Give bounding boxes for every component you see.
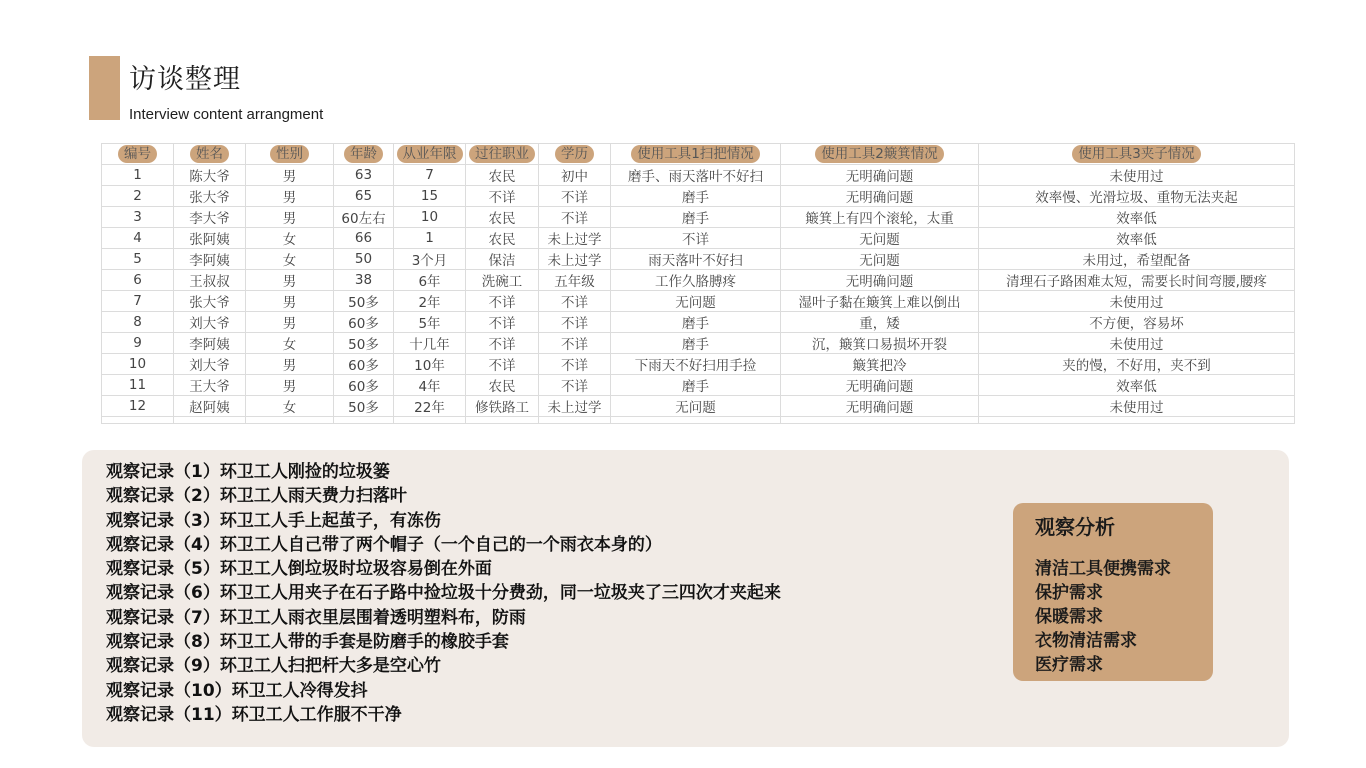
table-cell: 15: [394, 186, 466, 207]
table-cell: 王大爷: [174, 375, 246, 396]
table-cell: 李大爷: [174, 207, 246, 228]
table-cell: 不详: [466, 354, 539, 375]
table-cell: 未使用过: [979, 333, 1295, 354]
table-cell: 4: [102, 228, 174, 249]
table-cell: 磨手: [611, 312, 781, 333]
table-cell: 男: [246, 312, 334, 333]
table-cell: 未上过学: [539, 228, 611, 249]
table-cell: 女: [246, 228, 334, 249]
table-row: 2张大爷男6515不详不详磨手无明确问题效率慢、光滑垃圾、重物无法夹起: [102, 186, 1295, 207]
observation-item: 观察记录（7）环卫工人雨衣里层围着透明塑料布，防雨: [106, 606, 781, 630]
table-cell: 效率慢、光滑垃圾、重物无法夹起: [979, 186, 1295, 207]
table-cell: 效率低: [979, 375, 1295, 396]
table-cell: 65: [334, 186, 394, 207]
table-cell: 7: [102, 291, 174, 312]
table-cell-empty: [394, 417, 466, 424]
table-cell-empty: [979, 417, 1295, 424]
interview-table: 编号姓名性别年龄从业年限过往职业学历使用工具1扫把情况使用工具2簸箕情况使用工具…: [101, 143, 1295, 424]
table-cell: 女: [246, 249, 334, 270]
observation-item: 观察记录（10）环卫工人冷得发抖: [106, 679, 781, 703]
table-header-row: 编号姓名性别年龄从业年限过往职业学历使用工具1扫把情况使用工具2簸箕情况使用工具…: [102, 144, 1295, 165]
table-cell: 雨天落叶不好扫: [611, 249, 781, 270]
table-cell: 效率低: [979, 207, 1295, 228]
table-cell: 簸箕把冷: [781, 354, 979, 375]
table-cell: 60多: [334, 312, 394, 333]
table-cell: 无明确问题: [781, 186, 979, 207]
table-cell: 6年: [394, 270, 466, 291]
table-cell: 9: [102, 333, 174, 354]
table-cell: 1: [394, 228, 466, 249]
table-cell: 8: [102, 312, 174, 333]
table-cell: 10: [102, 354, 174, 375]
table-cell: 陈大爷: [174, 165, 246, 186]
observation-item: 观察记录（3）环卫工人手上起茧子，有冻伤: [106, 509, 781, 533]
table-cell: 60左右: [334, 207, 394, 228]
table-cell: 无问题: [611, 396, 781, 417]
table-cell: 5: [102, 249, 174, 270]
column-header: 使用工具2簸箕情况: [781, 144, 979, 165]
table-cell: 无问题: [781, 228, 979, 249]
table-cell: 60多: [334, 354, 394, 375]
table-cell: 张阿姨: [174, 228, 246, 249]
column-header: 编号: [102, 144, 174, 165]
table-body: 1陈大爷男637农民初中磨手、雨天落叶不好扫无明确问题未使用过2张大爷男6515…: [102, 165, 1295, 424]
table-cell: 未使用过: [979, 396, 1295, 417]
table-row: 7张大爷男50多2年不详不详无问题湿叶子黏在簸箕上难以倒出未使用过: [102, 291, 1295, 312]
table-cell: 女: [246, 333, 334, 354]
column-header-label: 年龄: [344, 145, 383, 163]
column-header-label: 性别: [270, 145, 309, 163]
table-cell: 男: [246, 165, 334, 186]
table-cell-empty: [539, 417, 611, 424]
table-cell: 63: [334, 165, 394, 186]
analysis-card: 观察分析 清洁工具便携需求保护需求保暖需求衣物清洁需求医疗需求: [1013, 503, 1213, 681]
table-cell: 不详: [539, 375, 611, 396]
table-row: 12赵阿姨女50多22年修铁路工未上过学无问题无明确问题未使用过: [102, 396, 1295, 417]
table-cell: 10年: [394, 354, 466, 375]
table-cell: 修铁路工: [466, 396, 539, 417]
table-cell: 张大爷: [174, 186, 246, 207]
table-cell: 不详: [466, 333, 539, 354]
table-cell: 不详: [539, 291, 611, 312]
table-cell: 男: [246, 186, 334, 207]
column-header: 从业年限: [394, 144, 466, 165]
table-cell: 磨手: [611, 375, 781, 396]
table-cell: 男: [246, 291, 334, 312]
table-cell: 男: [246, 270, 334, 291]
table-cell-empty: [781, 417, 979, 424]
table-cell: 66: [334, 228, 394, 249]
analysis-list: 清洁工具便携需求保护需求保暖需求衣物清洁需求医疗需求: [1035, 557, 1171, 677]
table-cell: 张大爷: [174, 291, 246, 312]
table-cell: 重，矮: [781, 312, 979, 333]
analysis-item: 衣物清洁需求: [1035, 629, 1171, 653]
table-cell: 李阿姨: [174, 249, 246, 270]
observation-item: 观察记录（9）环卫工人扫把杆大多是空心竹: [106, 654, 781, 678]
table-cell: 赵阿姨: [174, 396, 246, 417]
table-cell: 磨手: [611, 207, 781, 228]
column-header: 使用工具3夹子情况: [979, 144, 1295, 165]
analysis-title: 观察分析: [1035, 511, 1115, 540]
table-cell: 1: [102, 165, 174, 186]
table-cell: 不方便，容易坏: [979, 312, 1295, 333]
column-header: 学历: [539, 144, 611, 165]
observation-item: 观察记录（6）环卫工人用夹子在石子路中捡垃圾十分费劲，同一垃圾夹了三四次才夹起来: [106, 581, 781, 605]
table-cell: 簸箕上有四个滚轮，太重: [781, 207, 979, 228]
observation-item: 观察记录（5）环卫工人倒垃圾时垃圾容易倒在外面: [106, 557, 781, 581]
table-cell: 李阿姨: [174, 333, 246, 354]
observation-item: 观察记录（11）环卫工人工作服不干净: [106, 703, 781, 727]
table-cell: 无问题: [781, 249, 979, 270]
table-cell: 沉，簸箕口易损坏开裂: [781, 333, 979, 354]
analysis-item: 医疗需求: [1035, 653, 1171, 677]
table-cell: 50多: [334, 291, 394, 312]
table-cell: 50多: [334, 396, 394, 417]
table-cell: 王叔叔: [174, 270, 246, 291]
table-cell: 农民: [466, 228, 539, 249]
table-row: 5李阿姨女503个月保洁未上过学雨天落叶不好扫无问题未用过，希望配备: [102, 249, 1295, 270]
table-cell: 2年: [394, 291, 466, 312]
table-cell: 夹的慢，不好用，夹不到: [979, 354, 1295, 375]
column-header: 过往职业: [466, 144, 539, 165]
table-row: 1陈大爷男637农民初中磨手、雨天落叶不好扫无明确问题未使用过: [102, 165, 1295, 186]
analysis-item: 保暖需求: [1035, 605, 1171, 629]
table-cell: 3: [102, 207, 174, 228]
table-cell: 下雨天不好扫用手捡: [611, 354, 781, 375]
observation-list: 观察记录（1）环卫工人刚捡的垃圾篓观察记录（2）环卫工人雨天费力扫落叶观察记录（…: [106, 460, 781, 727]
table-spacer-row: [102, 417, 1295, 424]
table-row: 6王叔叔男386年洗碗工五年级工作久胳膊疼无明确问题清理石子路困难太短，需要长时…: [102, 270, 1295, 291]
table-cell: 10: [394, 207, 466, 228]
column-header: 年龄: [334, 144, 394, 165]
column-header-label: 使用工具2簸箕情况: [815, 145, 944, 163]
table-row: 8刘大爷男60多5年不详不详磨手重，矮不方便，容易坏: [102, 312, 1295, 333]
table-cell: 十几年: [394, 333, 466, 354]
table-cell: 工作久胳膊疼: [611, 270, 781, 291]
table-cell: 不详: [466, 291, 539, 312]
table-cell: 不详: [539, 312, 611, 333]
table-cell: 不详: [466, 186, 539, 207]
table-cell: 初中: [539, 165, 611, 186]
table-cell: 未用过，希望配备: [979, 249, 1295, 270]
table-cell: 38: [334, 270, 394, 291]
table-row: 3李大爷男60左右10农民不详磨手簸箕上有四个滚轮，太重效率低: [102, 207, 1295, 228]
table-cell: 无明确问题: [781, 375, 979, 396]
table-cell: 未使用过: [979, 291, 1295, 312]
analysis-item: 保护需求: [1035, 581, 1171, 605]
observation-item: 观察记录（2）环卫工人雨天费力扫落叶: [106, 484, 781, 508]
column-header-label: 学历: [555, 145, 594, 163]
table-cell: 未使用过: [979, 165, 1295, 186]
table-cell: 刘大爷: [174, 312, 246, 333]
table-cell: 磨手: [611, 333, 781, 354]
table-cell: 5年: [394, 312, 466, 333]
table-cell: 男: [246, 207, 334, 228]
table-cell: 五年级: [539, 270, 611, 291]
table-row: 10刘大爷男60多10年不详不详下雨天不好扫用手捡簸箕把冷夹的慢，不好用，夹不到: [102, 354, 1295, 375]
table-cell: 50: [334, 249, 394, 270]
column-header-label: 使用工具1扫把情况: [631, 145, 760, 163]
table-cell: 6: [102, 270, 174, 291]
table-cell: 不详: [611, 228, 781, 249]
table-cell: 不详: [539, 207, 611, 228]
table-cell: 效率低: [979, 228, 1295, 249]
observation-item: 观察记录（1）环卫工人刚捡的垃圾篓: [106, 460, 781, 484]
table-cell: 保洁: [466, 249, 539, 270]
table-cell-empty: [611, 417, 781, 424]
table-cell: 男: [246, 375, 334, 396]
table-cell: 农民: [466, 375, 539, 396]
table-cell-empty: [174, 417, 246, 424]
observation-item: 观察记录（4）环卫工人自己带了两个帽子（一个自己的一个雨衣本身的）: [106, 533, 781, 557]
table-cell: 11: [102, 375, 174, 396]
column-header-label: 使用工具3夹子情况: [1072, 145, 1201, 163]
table-cell: 60多: [334, 375, 394, 396]
table-cell: 湿叶子黏在簸箕上难以倒出: [781, 291, 979, 312]
table-cell: 农民: [466, 165, 539, 186]
table-cell: 农民: [466, 207, 539, 228]
table-cell: 3个月: [394, 249, 466, 270]
column-header-label: 姓名: [190, 145, 229, 163]
table-cell: 12: [102, 396, 174, 417]
table-cell-empty: [466, 417, 539, 424]
table-cell-empty: [102, 417, 174, 424]
column-header-label: 从业年限: [397, 145, 463, 163]
table-row: 11王大爷男60多4年农民不详磨手无明确问题效率低: [102, 375, 1295, 396]
table-cell: 无明确问题: [781, 396, 979, 417]
table-cell: 未上过学: [539, 249, 611, 270]
table-cell: 磨手、雨天落叶不好扫: [611, 165, 781, 186]
table-cell: 不详: [539, 354, 611, 375]
observation-item: 观察记录（8）环卫工人带的手套是防磨手的橡胶手套: [106, 630, 781, 654]
table-cell: 4年: [394, 375, 466, 396]
table-cell: 女: [246, 396, 334, 417]
analysis-item: 清洁工具便携需求: [1035, 557, 1171, 581]
page-title: 访谈整理: [129, 66, 241, 93]
table-cell: 2: [102, 186, 174, 207]
table-cell-empty: [246, 417, 334, 424]
table-cell: 磨手: [611, 186, 781, 207]
column-header: 使用工具1扫把情况: [611, 144, 781, 165]
table-cell: 男: [246, 354, 334, 375]
table-cell: 不详: [539, 333, 611, 354]
table-cell: 未上过学: [539, 396, 611, 417]
table-cell: 不详: [539, 186, 611, 207]
table-cell: 50多: [334, 333, 394, 354]
table-cell: 无明确问题: [781, 165, 979, 186]
table-cell: 不详: [466, 312, 539, 333]
table-cell: 无问题: [611, 291, 781, 312]
table-cell-empty: [334, 417, 394, 424]
table-cell: 22年: [394, 396, 466, 417]
table-cell: 洗碗工: [466, 270, 539, 291]
table-cell: 7: [394, 165, 466, 186]
column-header-label: 编号: [118, 145, 157, 163]
table-cell: 清理石子路困难太短，需要长时间弯腰,腰疼: [979, 270, 1295, 291]
column-header-label: 过往职业: [469, 145, 535, 163]
table-row: 9李阿姨女50多十几年不详不详磨手沉，簸箕口易损坏开裂未使用过: [102, 333, 1295, 354]
title-accent-bar: [89, 56, 120, 120]
table-cell: 刘大爷: [174, 354, 246, 375]
table-cell: 无明确问题: [781, 270, 979, 291]
page-subtitle: Interview content arrangment: [129, 106, 323, 123]
column-header: 性别: [246, 144, 334, 165]
table-row: 4张阿姨女661农民未上过学不详无问题效率低: [102, 228, 1295, 249]
column-header: 姓名: [174, 144, 246, 165]
